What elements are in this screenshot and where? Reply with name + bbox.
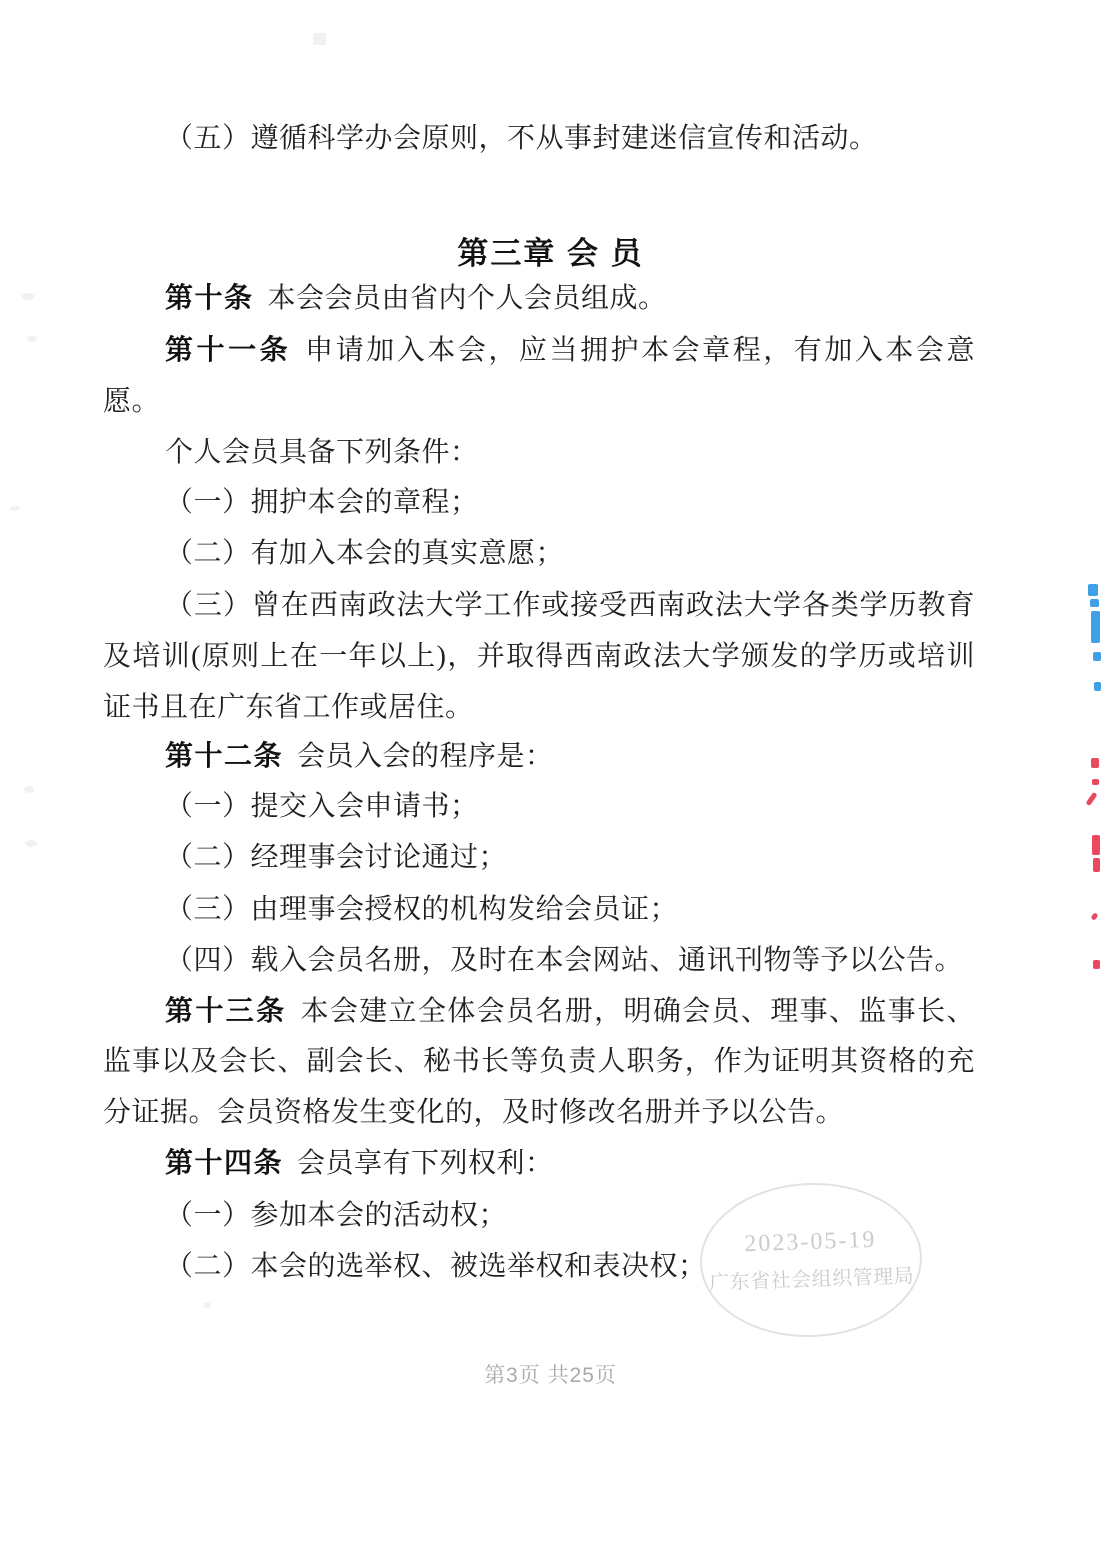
doc-line-text: （四）载入会员名册，及时在本会网站、通讯刊物等予以公告。 — [165, 945, 963, 976]
doc-line-text: 会员享有下列权利： — [297, 1148, 554, 1179]
doc-line: 个人会员具备下列条件： — [103, 436, 975, 472]
doc-line: 证书且在广东省工作或居住。 — [103, 691, 975, 727]
clipped-blue-fragment — [1090, 599, 1099, 607]
doc-line-text: 证书且在广东省工作或居住。 — [103, 692, 474, 723]
doc-line: （四）载入会员名册，及时在本会网站、通讯刊物等予以公告。 — [103, 944, 975, 980]
doc-line: （三）由理事会授权的机构发给会员证； — [103, 893, 975, 929]
clipped-red-fragment — [1092, 835, 1100, 855]
doc-line-text: （一）提交入会申请书； — [165, 791, 479, 822]
article-number: 第十二条 — [165, 740, 283, 771]
article-number: 第十三条 — [165, 995, 286, 1026]
doc-line: 第十一条申请加入本会，应当拥护本会章程，有加入本会意 — [103, 333, 975, 369]
clipped-blue-fragment — [1094, 682, 1101, 691]
doc-line-text: （三）曾在西南政法大学工作或接受西南政法大学各类学历教育 — [165, 590, 975, 621]
clipped-red-fragment — [1092, 779, 1099, 785]
document-page: （五）遵循科学办会原则，不从事封建迷信宣传和活动。 第三章 会 员 第十条本会会… — [0, 0, 1101, 1557]
clipped-blue-fragment — [1088, 584, 1098, 596]
clipped-blue-fragment — [1093, 652, 1101, 661]
doc-line-text: 本会建立全体会员名册，明确会员、理事、监事长、 — [300, 996, 975, 1027]
doc-line: （三）曾在西南政法大学工作或接受西南政法大学各类学历教育 — [103, 589, 975, 625]
doc-line-text: 及培训(原则上在一年以上)，并取得西南政法大学颁发的学历或培训 — [103, 641, 975, 672]
page-number: 第3页 共25页 — [0, 1362, 1101, 1390]
doc-line-text: 分证据。会员资格发生变化的，及时修改名册并予以公告。 — [103, 1097, 844, 1128]
scan-smudge — [203, 1302, 211, 1308]
doc-line: 愿。 — [103, 385, 975, 421]
doc-line: 第十四条会员享有下列权利： — [103, 1146, 975, 1182]
stamp-org: 广东省社会组织管理局 — [702, 1265, 921, 1295]
clipped-red-fragment — [1091, 758, 1099, 768]
doc-line-text: 愿。 — [103, 386, 160, 417]
doc-line-text: 监事以及会长、副会长、秘书长等负责人职务，作为证明其资格的充 — [103, 1046, 975, 1077]
clipped-red-fragment — [1085, 792, 1097, 806]
clipped-red-fragment — [1093, 858, 1100, 872]
doc-line-text: （一）参加本会的活动权； — [165, 1200, 507, 1231]
doc-line-text: 本会会员由省内个人会员组成。 — [268, 283, 667, 314]
scan-smudge — [10, 506, 20, 511]
article-number: 第十四条 — [165, 1147, 283, 1178]
scan-smudge — [25, 840, 37, 847]
scan-smudge — [22, 293, 34, 300]
stamp-date: 2023-05-19 — [701, 1225, 920, 1259]
doc-line: 监事以及会长、副会长、秘书长等负责人职务，作为证明其资格的充 — [103, 1045, 975, 1081]
doc-line-text: （一）拥护本会的章程； — [165, 487, 479, 518]
doc-line-text: （二）有加入本会的真实意愿； — [165, 538, 564, 569]
doc-line-text: （三）由理事会授权的机构发给会员证； — [165, 894, 678, 925]
doc-line: 第十三条本会建立全体会员名册，明确会员、理事、监事长、 — [103, 994, 975, 1030]
scan-smudge — [24, 786, 34, 793]
doc-line: （五）遵循科学办会原则，不从事封建迷信宣传和活动。 — [103, 122, 975, 158]
doc-line: （二）有加入本会的真实意愿； — [103, 537, 975, 573]
doc-line-text: 申请加入本会，应当拥护本会章程，有加入本会意 — [305, 335, 975, 366]
doc-line-text: 个人会员具备下列条件： — [165, 437, 479, 468]
article-number: 第十条 — [165, 282, 254, 313]
clipped-red-fragment — [1090, 912, 1098, 921]
doc-line: （一）拥护本会的章程； — [103, 486, 975, 522]
scan-smudge — [313, 33, 326, 45]
doc-line-text: （五）遵循科学办会原则，不从事封建迷信宣传和活动。 — [165, 123, 878, 154]
doc-line: （二）经理事会讨论通过； — [103, 841, 975, 877]
clipped-blue-fragment — [1091, 611, 1100, 643]
scan-smudge — [27, 336, 37, 342]
article-number: 第十一条 — [165, 334, 291, 365]
doc-line-text: 会员入会的程序是： — [297, 741, 554, 772]
clipped-red-fragment — [1093, 960, 1100, 969]
doc-line-text: （二）本会的选举权、被选举权和表决权； — [165, 1251, 707, 1282]
doc-line: 分证据。会员资格发生变化的，及时修改名册并予以公告。 — [103, 1096, 975, 1132]
doc-line: 及培训(原则上在一年以上)，并取得西南政法大学颁发的学历或培训 — [103, 640, 975, 676]
doc-line: 第十二条会员入会的程序是： — [103, 739, 975, 775]
doc-line-text: （二）经理事会讨论通过； — [165, 842, 507, 873]
doc-line: 第十条本会会员由省内个人会员组成。 — [103, 281, 975, 317]
chapter-heading: 第三章 会 员 — [0, 236, 1101, 272]
doc-line: （一）提交入会申请书； — [103, 790, 975, 826]
